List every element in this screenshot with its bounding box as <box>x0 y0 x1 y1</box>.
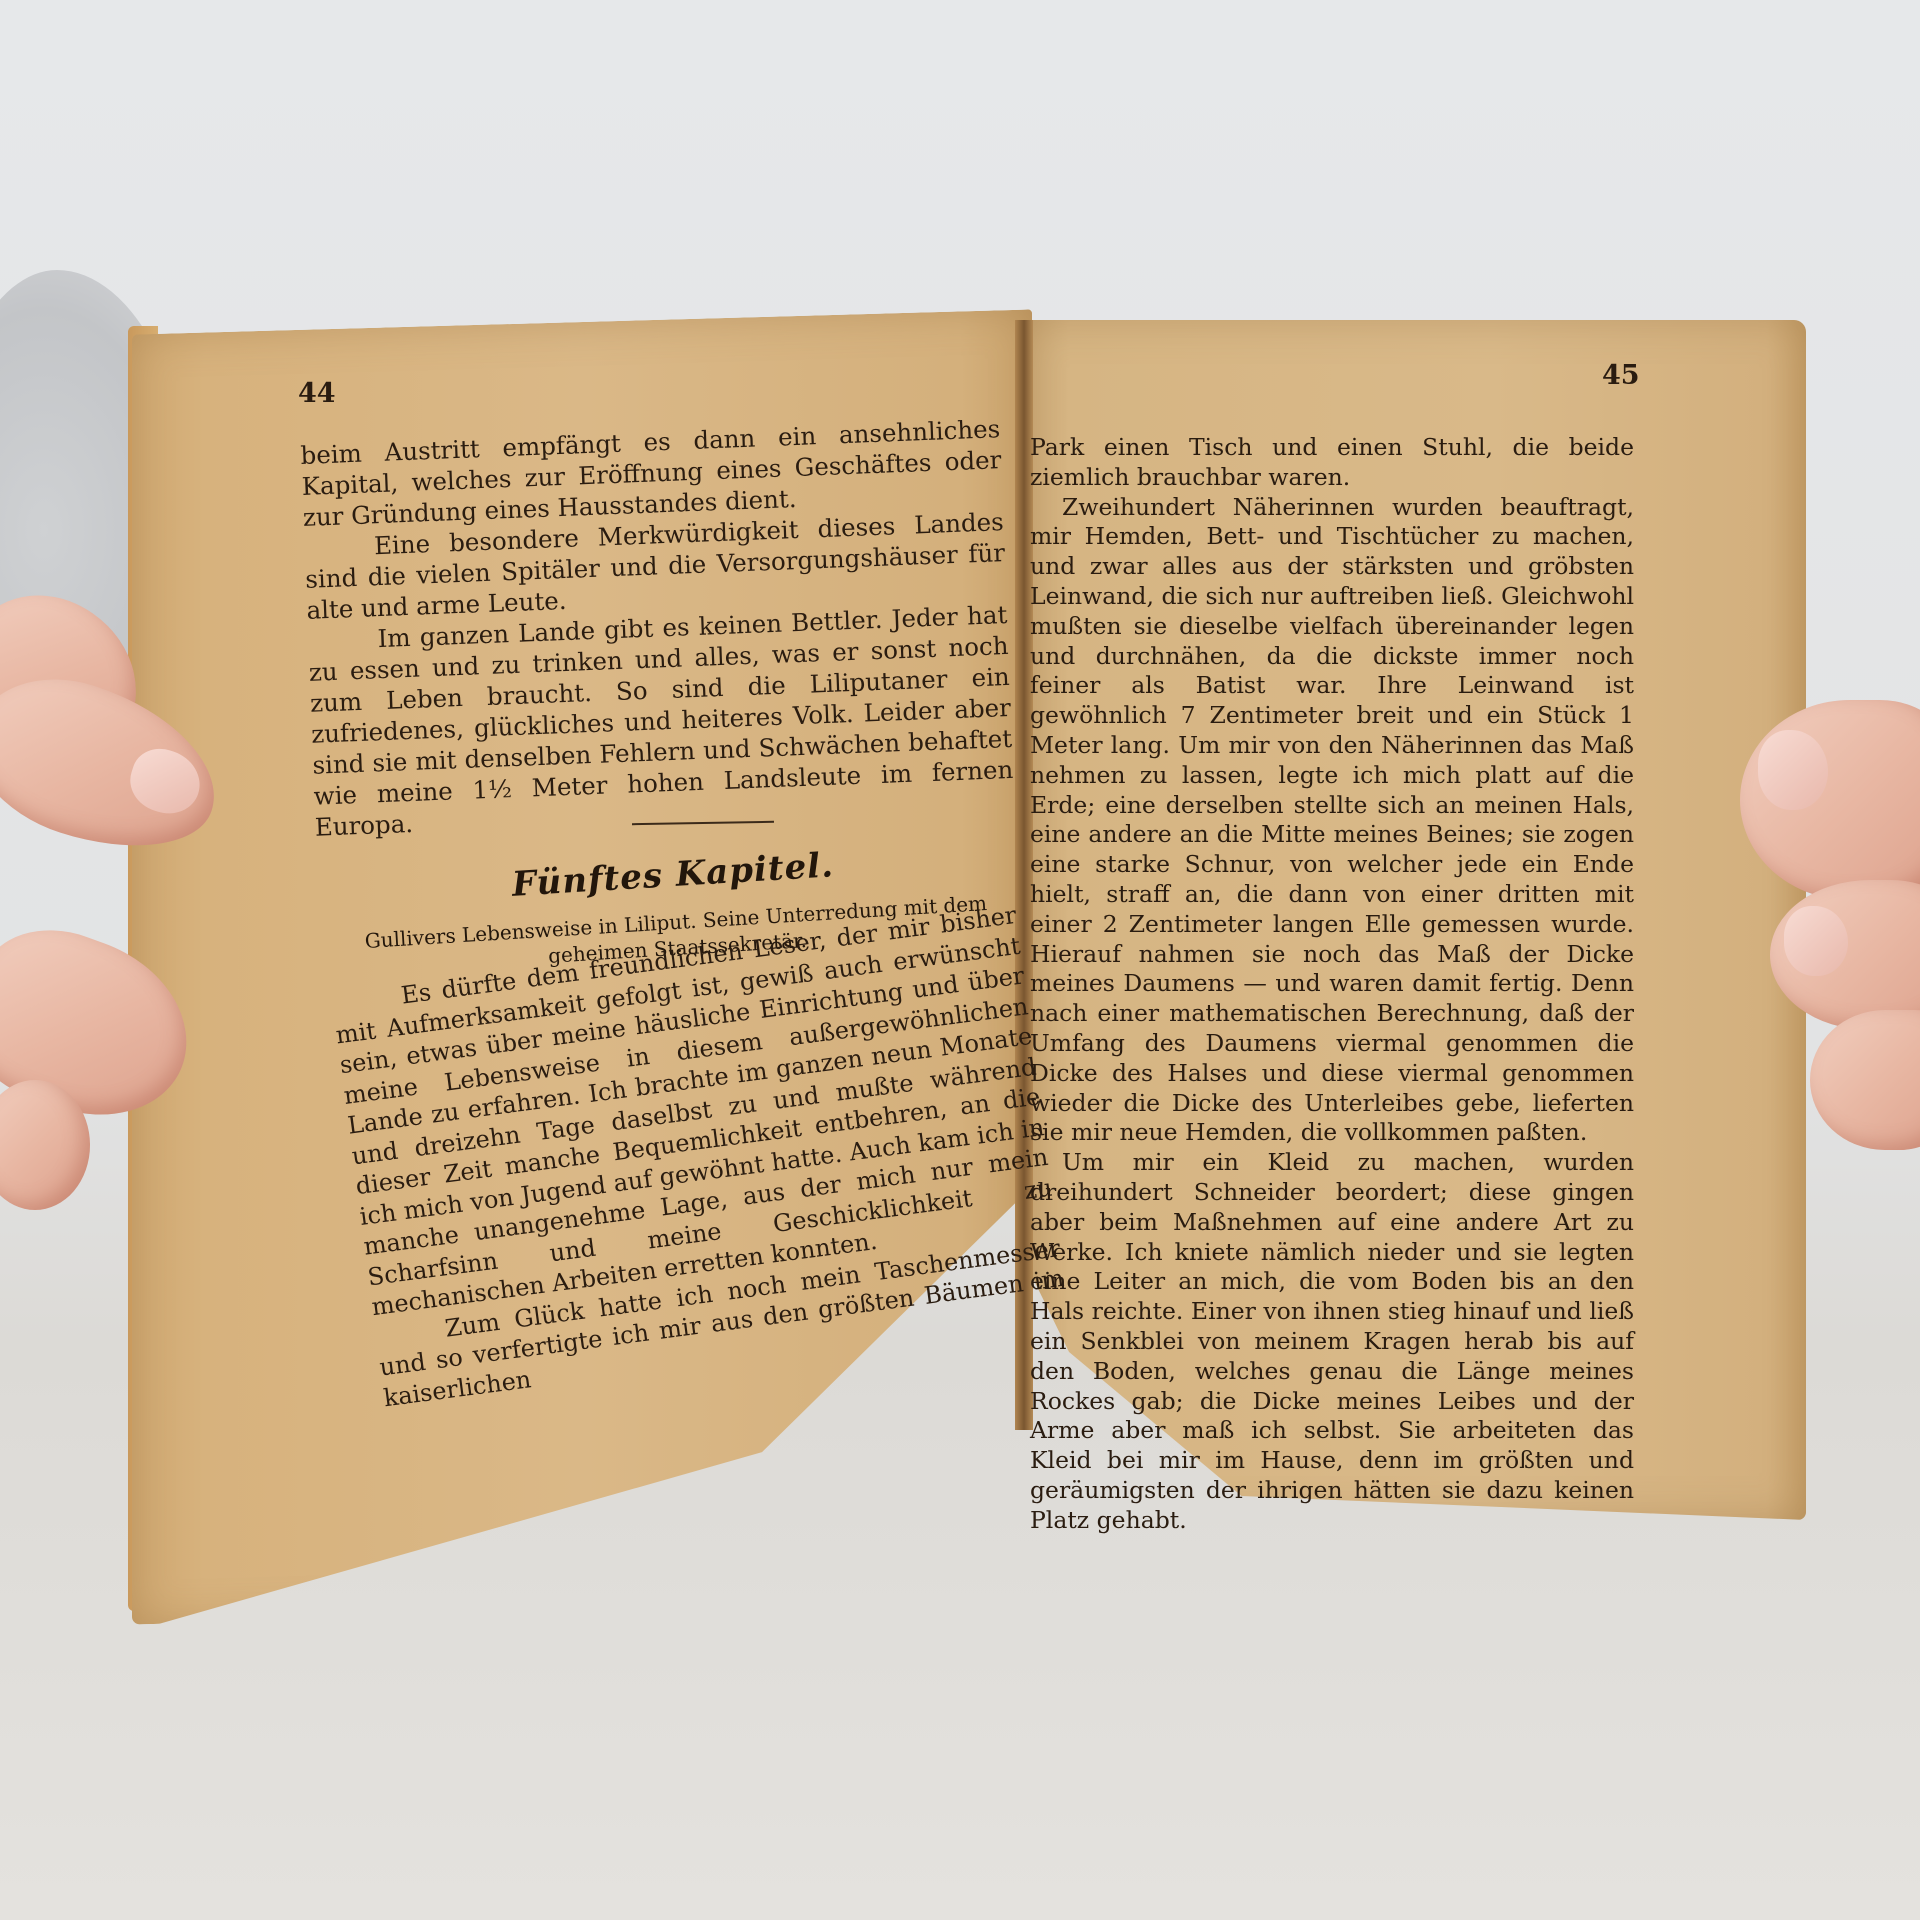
left-page-text: beim Austritt empfängt es dann ein anseh… <box>300 413 1015 843</box>
chapter-body-text: Es dürfte dem freundlichen Leser, der mi… <box>330 900 1070 1413</box>
thumbnail <box>1758 730 1828 810</box>
paragraph: Um mir ein Kleid zu machen, wurden dreih… <box>1030 1148 1634 1535</box>
right-finger <box>1810 1010 1920 1150</box>
right-page-text: Park einen Tisch und einen Stuhl, die be… <box>1030 433 1634 1535</box>
page-number-right: 45 <box>1602 360 1640 391</box>
fingernail <box>1784 906 1848 976</box>
thumbnail <box>122 741 208 822</box>
paragraph: Zweihundert Näherinnen wurden beauftragt… <box>1030 493 1634 1149</box>
page-number-left: 44 <box>298 378 336 409</box>
paragraph: Im ganzen Lande gibt es keinen Bettler. … <box>307 599 1015 843</box>
paragraph: Park einen Tisch und einen Stuhl, die be… <box>1030 433 1634 493</box>
